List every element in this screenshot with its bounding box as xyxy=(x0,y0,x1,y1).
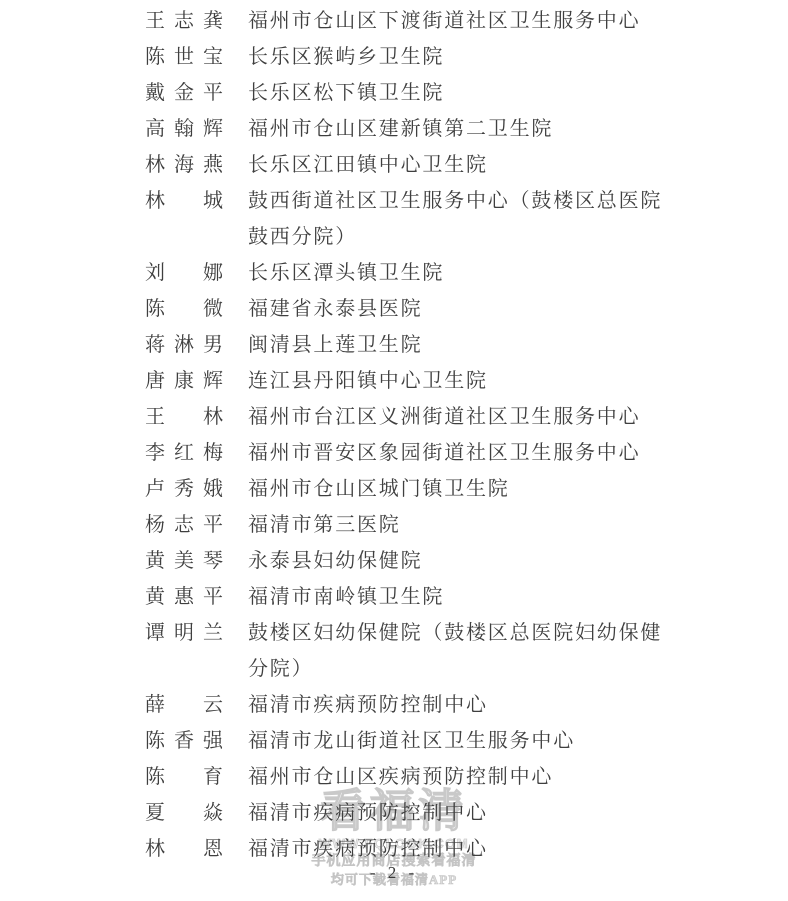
page-number: - 2 - xyxy=(0,862,788,884)
person-name: 陈香强 xyxy=(145,723,248,759)
roster-row: 谭明兰 鼓楼区妇幼保健院（鼓楼区总医院妇幼保健分院） xyxy=(145,615,672,687)
person-name: 黄美琴 xyxy=(145,543,248,579)
organization-name: 福州市晋安区象园街道社区卫生服务中心 xyxy=(248,435,672,471)
organization-name: 福州市台江区义洲街道社区卫生服务中心 xyxy=(248,399,672,435)
organization-name: 福清市疾病预防控制中心 xyxy=(248,687,672,723)
document-page: 看福清 WWW.FQLOOK.COM 手机应用商店搜索看福清 均可下载看福清AP… xyxy=(0,0,788,901)
person-name: 陈世宝 xyxy=(145,39,248,75)
person-name: 陈 微 xyxy=(145,291,248,327)
organization-name: 福州市仓山区下渡街道社区卫生服务中心 xyxy=(248,3,672,39)
roster-row: 蒋淋男 闽清县上莲卫生院 xyxy=(145,327,672,363)
person-name: 谭明兰 xyxy=(145,615,248,651)
roster-row: 薛 云 福清市疾病预防控制中心 xyxy=(145,687,672,723)
person-name: 夏 焱 xyxy=(145,795,248,831)
person-name: 薛 云 xyxy=(145,687,248,723)
roster-row: 林 城 鼓西街道社区卫生服务中心（鼓楼区总医院鼓西分院） xyxy=(145,183,672,255)
roster-row: 李红梅 福州市晋安区象园街道社区卫生服务中心 xyxy=(145,435,672,471)
roster-list: 王志龚 福州市仓山区下渡街道社区卫生服务中心 陈世宝 长乐区猴屿乡卫生院 戴金平… xyxy=(145,3,672,867)
organization-name: 福清市龙山街道社区卫生服务中心 xyxy=(248,723,672,759)
person-name: 卢秀娥 xyxy=(145,471,248,507)
roster-row: 夏 焱 福清市疾病预防控制中心 xyxy=(145,795,672,831)
person-name: 李红梅 xyxy=(145,435,248,471)
organization-name: 福清市第三医院 xyxy=(248,507,672,543)
roster-row: 陈香强 福清市龙山街道社区卫生服务中心 xyxy=(145,723,672,759)
roster-row: 王志龚 福州市仓山区下渡街道社区卫生服务中心 xyxy=(145,3,672,39)
roster-row: 陈 育 福州市仓山区疾病预防控制中心 xyxy=(145,759,672,795)
organization-name: 鼓西街道社区卫生服务中心（鼓楼区总医院鼓西分院） xyxy=(248,183,672,255)
roster-row: 陈 微 福建省永泰县医院 xyxy=(145,291,672,327)
organization-name: 永泰县妇幼保健院 xyxy=(248,543,672,579)
organization-name: 长乐区江田镇中心卫生院 xyxy=(248,147,672,183)
roster-row: 杨志平 福清市第三医院 xyxy=(145,507,672,543)
person-name: 黄惠平 xyxy=(145,579,248,615)
person-name: 王志龚 xyxy=(145,3,248,39)
organization-name: 长乐区猴屿乡卫生院 xyxy=(248,39,672,75)
person-name: 戴金平 xyxy=(145,75,248,111)
roster-row: 戴金平 长乐区松下镇卫生院 xyxy=(145,75,672,111)
organization-name: 鼓楼区妇幼保健院（鼓楼区总医院妇幼保健分院） xyxy=(248,615,672,687)
roster-row: 陈世宝 长乐区猴屿乡卫生院 xyxy=(145,39,672,75)
organization-name: 福清市疾病预防控制中心 xyxy=(248,795,672,831)
organization-name: 福州市仓山区城门镇卫生院 xyxy=(248,471,672,507)
person-name: 刘 娜 xyxy=(145,255,248,291)
roster-row: 唐康辉 连江县丹阳镇中心卫生院 xyxy=(145,363,672,399)
person-name: 高翰辉 xyxy=(145,111,248,147)
roster-row: 黄惠平 福清市南岭镇卫生院 xyxy=(145,579,672,615)
person-name: 林 城 xyxy=(145,183,248,219)
organization-name: 福州市仓山区疾病预防控制中心 xyxy=(248,759,672,795)
person-name: 唐康辉 xyxy=(145,363,248,399)
roster-row: 林海燕 长乐区江田镇中心卫生院 xyxy=(145,147,672,183)
person-name: 王 林 xyxy=(145,399,248,435)
organization-name: 福州市仓山区建新镇第二卫生院 xyxy=(248,111,672,147)
roster-row: 刘 娜 长乐区潭头镇卫生院 xyxy=(145,255,672,291)
roster-row: 卢秀娥 福州市仓山区城门镇卫生院 xyxy=(145,471,672,507)
person-name: 陈 育 xyxy=(145,759,248,795)
organization-name: 闽清县上莲卫生院 xyxy=(248,327,672,363)
roster-row: 王 林 福州市台江区义洲街道社区卫生服务中心 xyxy=(145,399,672,435)
roster-row: 黄美琴 永泰县妇幼保健院 xyxy=(145,543,672,579)
organization-name: 福清市南岭镇卫生院 xyxy=(248,579,672,615)
person-name: 杨志平 xyxy=(145,507,248,543)
organization-name: 福建省永泰县医院 xyxy=(248,291,672,327)
organization-name: 长乐区潭头镇卫生院 xyxy=(248,255,672,291)
organization-name: 连江县丹阳镇中心卫生院 xyxy=(248,363,672,399)
person-name: 林海燕 xyxy=(145,147,248,183)
organization-name: 长乐区松下镇卫生院 xyxy=(248,75,672,111)
roster-row: 高翰辉 福州市仓山区建新镇第二卫生院 xyxy=(145,111,672,147)
person-name: 蒋淋男 xyxy=(145,327,248,363)
